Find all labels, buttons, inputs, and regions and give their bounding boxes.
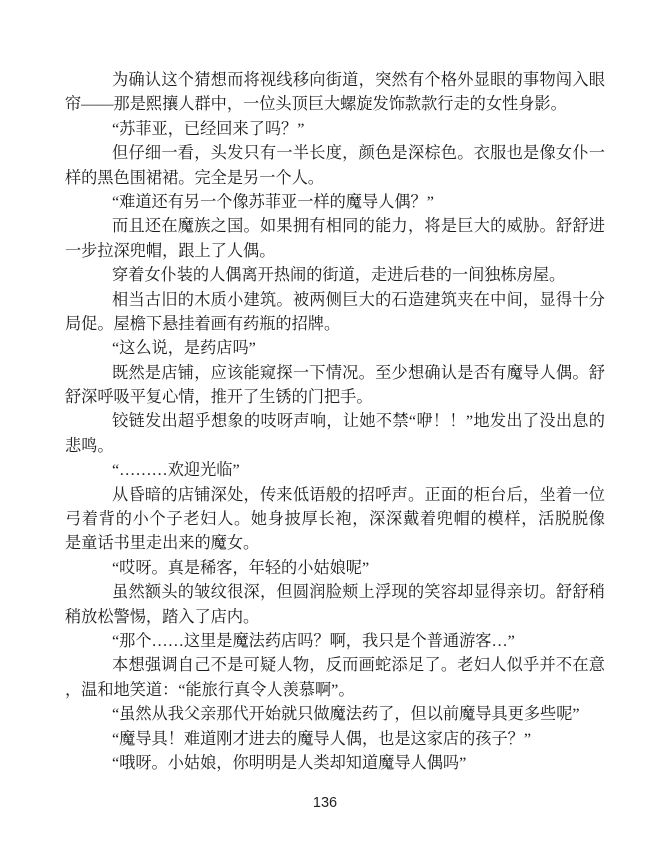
text-line: “苏菲亚，已经回来了吗？” bbox=[65, 117, 605, 141]
paragraph: 虽然额头的皱纹很深，但圆润脸颊上浮现的笑容却显得亲切。舒舒稍稍放松警惕，踏入了店… bbox=[65, 580, 605, 629]
text-line: 虽然额头的皱纹很深，但圆润脸颊上浮现的笑容却显得亲切。舒舒稍 bbox=[65, 580, 605, 604]
text-block: 为确认这个猜想而将视线移向街道，突然有个格外显眼的事物闯入眼帘——那是熙攘人群中… bbox=[65, 68, 605, 775]
text-line: ，温和地笑道：“能旅行真令人羡慕啊”。 bbox=[65, 678, 605, 702]
text-line: 帘——那是熙攘人群中，一位头顶巨大螺旋发饰款款行走的女性身影。 bbox=[65, 92, 605, 116]
text-line: 舒深呼吸平复心情，推开了生锈的门把手。 bbox=[65, 385, 605, 409]
text-line: “哎呀。真是稀客，年轻的小姑娘呢” bbox=[65, 556, 605, 580]
text-line: 弓着背的小个子老妇人。她身披厚长袍，深深戴着兜帽的模样，活脱脱像 bbox=[65, 507, 605, 531]
text-line: 本想强调自己不是可疑人物，反而画蛇添足了。老妇人似乎并不在意 bbox=[65, 653, 605, 677]
text-line: 一步拉深兜帽，跟上了人偶。 bbox=[65, 239, 605, 263]
text-line: “虽然从我父亲那代开始就只做魔法药了，但以前魔导具更多些呢” bbox=[65, 702, 605, 726]
text-line: 但仔细一看，头发只有一半长度，颜色是深棕色。衣服也是像女仆一 bbox=[65, 141, 605, 165]
page-number: 136 bbox=[0, 794, 650, 812]
text-line: 而且还在魔族之国。如果拥有相同的能力，将是巨大的威胁。舒舒进 bbox=[65, 214, 605, 238]
text-line: “哦呀。小姑娘，你明明是人类却知道魔导人偶吗” bbox=[65, 751, 605, 775]
text-line: 悲鸣。 bbox=[65, 434, 605, 458]
text-line: 相当古旧的木质小建筑。被两侧巨大的石造建筑夹在中间，显得十分 bbox=[65, 288, 605, 312]
paragraph: 而且还在魔族之国。如果拥有相同的能力，将是巨大的威胁。舒舒进一步拉深兜帽，跟上了… bbox=[65, 214, 605, 263]
text-line: “那个……这里是魔法药店吗？啊，我只是个普通游客…” bbox=[65, 629, 605, 653]
text-line: “魔导具！难道刚才进去的魔导人偶，也是这家店的孩子？” bbox=[65, 727, 605, 751]
paragraph: “那个……这里是魔法药店吗？啊，我只是个普通游客…” bbox=[65, 629, 605, 653]
paragraph: “………欢迎光临” bbox=[65, 458, 605, 482]
paragraph: 从昏暗的店铺深处，传来低语般的招呼声。正面的柜台后，坐着一位弓着背的小个子老妇人… bbox=[65, 483, 605, 556]
text-line: 既然是店铺，应该能窥探一下情况。至少想确认是否有魔导人偶。舒 bbox=[65, 361, 605, 385]
text-line: 是童话书里走出来的魔女。 bbox=[65, 531, 605, 555]
paragraph: “哎呀。真是稀客，年轻的小姑娘呢” bbox=[65, 556, 605, 580]
paragraph: “哦呀。小姑娘，你明明是人类却知道魔导人偶吗” bbox=[65, 751, 605, 775]
paragraph: “难道还有另一个像苏菲亚一样的魔导人偶？” bbox=[65, 190, 605, 214]
text-line: 局促。屋檐下悬挂着画有药瓶的招牌。 bbox=[65, 312, 605, 336]
text-line: 从昏暗的店铺深处，传来低语般的招呼声。正面的柜台后，坐着一位 bbox=[65, 483, 605, 507]
paragraph: “苏菲亚，已经回来了吗？” bbox=[65, 117, 605, 141]
paragraph: 穿着女仆装的人偶离开热闹的街道，走进后巷的一间独栋房屋。 bbox=[65, 263, 605, 287]
paragraph: 既然是店铺，应该能窥探一下情况。至少想确认是否有魔导人偶。舒舒深呼吸平复心情，推… bbox=[65, 361, 605, 410]
text-line: “难道还有另一个像苏菲亚一样的魔导人偶？” bbox=[65, 190, 605, 214]
paragraph: “魔导具！难道刚才进去的魔导人偶，也是这家店的孩子？” bbox=[65, 727, 605, 751]
paragraph: “虽然从我父亲那代开始就只做魔法药了，但以前魔导具更多些呢” bbox=[65, 702, 605, 726]
text-line: 为确认这个猜想而将视线移向街道，突然有个格外显眼的事物闯入眼 bbox=[65, 68, 605, 92]
paragraph: 但仔细一看，头发只有一半长度，颜色是深棕色。衣服也是像女仆一样的黑色围裙裙。完全… bbox=[65, 141, 605, 190]
paragraph: “这么说，是药店吗” bbox=[65, 336, 605, 360]
book-page: 为确认这个猜想而将视线移向街道，突然有个格外显眼的事物闯入眼帘——那是熙攘人群中… bbox=[0, 0, 650, 850]
paragraph: 本想强调自己不是可疑人物，反而画蛇添足了。老妇人似乎并不在意，温和地笑道：“能旅… bbox=[65, 653, 605, 702]
text-line: 稍放松警惕，踏入了店内。 bbox=[65, 605, 605, 629]
paragraph: 相当古旧的木质小建筑。被两侧巨大的石造建筑夹在中间，显得十分局促。屋檐下悬挂着画… bbox=[65, 288, 605, 337]
text-line: 穿着女仆装的人偶离开热闹的街道，走进后巷的一间独栋房屋。 bbox=[65, 263, 605, 287]
text-line: “………欢迎光临” bbox=[65, 458, 605, 482]
text-line: “这么说，是药店吗” bbox=[65, 336, 605, 360]
text-line: 铰链发出超乎想象的吱呀声响，让她不禁“咿！！”地发出了没出息的 bbox=[65, 409, 605, 433]
paragraph: 为确认这个猜想而将视线移向街道，突然有个格外显眼的事物闯入眼帘——那是熙攘人群中… bbox=[65, 68, 605, 117]
text-line: 样的黑色围裙裙。完全是另一个人。 bbox=[65, 166, 605, 190]
paragraph: 铰链发出超乎想象的吱呀声响，让她不禁“咿！！”地发出了没出息的悲鸣。 bbox=[65, 409, 605, 458]
